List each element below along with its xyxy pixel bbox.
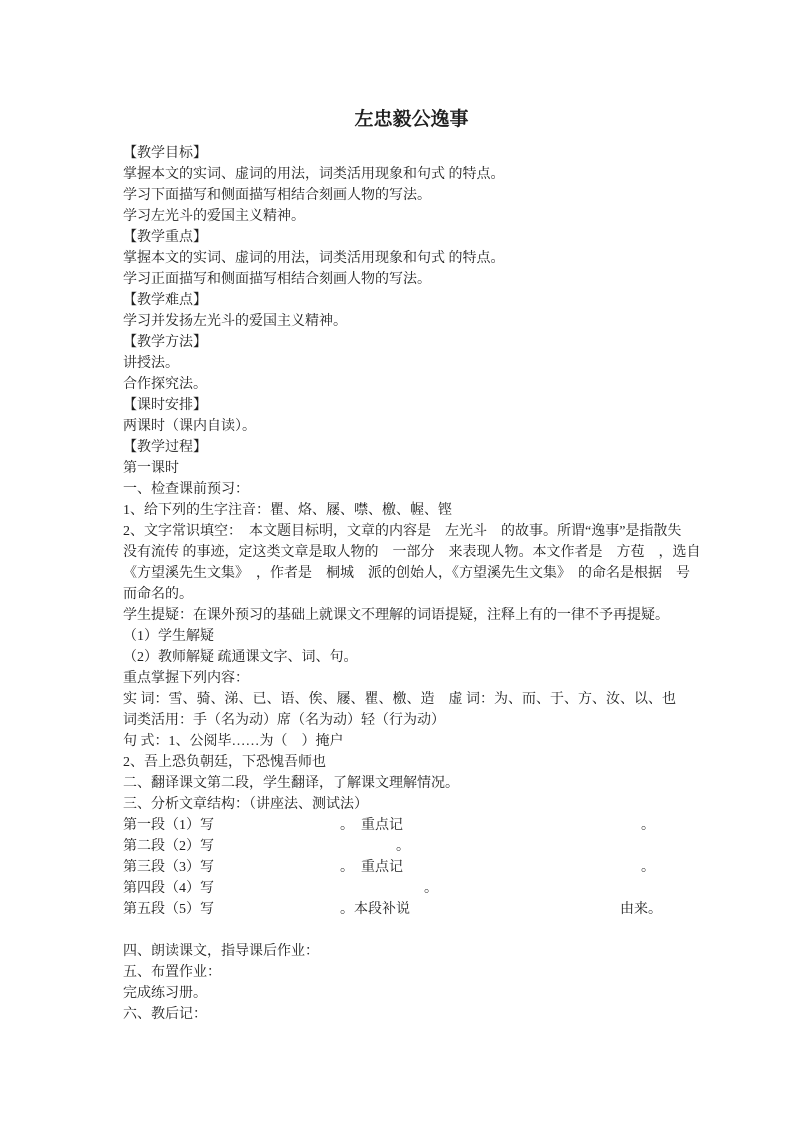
text-line: 两课时（课内自读）。 bbox=[123, 416, 700, 437]
text-line: 句 式：1、公阅毕……为（ ）掩户 bbox=[123, 731, 700, 752]
text-line: 学生提疑：在课外预习的基础上就课文不理解的词语提疑，注释上有的一律不予再提疑。 bbox=[123, 605, 700, 626]
section-heading: 【教学目标】 bbox=[123, 143, 700, 164]
fill-in-blank-line: 第三段（3）写 。 重点记 。 bbox=[123, 857, 700, 878]
document-body: 【教学目标】掌握本文的实词、虚词的用法，词类活用现象和句式 的特点。学习下面描写… bbox=[123, 143, 700, 1025]
text-line: 讲授法。 bbox=[123, 353, 700, 374]
fill-in-blank-line: 第四段（4）写 。 bbox=[123, 878, 700, 899]
text-line: 没有流传 的事迹，定这类文章是取人物的 一部分 来表现人物。本文作者是 方苞 ，… bbox=[123, 542, 700, 563]
text-line: 一、检查课前预习： bbox=[123, 479, 700, 500]
section-heading: 【教学过程】 bbox=[123, 437, 700, 458]
document-title: 左忠毅公逸事 bbox=[123, 103, 700, 137]
text-line: 学习并发扬左光斗的爱国主义精神。 bbox=[123, 311, 700, 332]
text-line: （2）教师解疑 疏通课文字、词、句。 bbox=[123, 647, 700, 668]
section-heading: 【课时安排】 bbox=[123, 395, 700, 416]
text-line: 实 词：雪、骑、涕、已、语、俟、屦、瞿、檄、造 虚 词：为、而、于、方、汝、以、… bbox=[123, 689, 700, 710]
section-heading: 【教学方法】 bbox=[123, 332, 700, 353]
section-heading: 【教学难点】 bbox=[123, 290, 700, 311]
text-line: 四、朗读课文，指导课后作业： bbox=[123, 941, 700, 962]
text-line: 五、布置作业： bbox=[123, 962, 700, 983]
document-page: 左忠毅公逸事 【教学目标】掌握本文的实词、虚词的用法，词类活用现象和句式 的特点… bbox=[0, 0, 800, 1132]
text-line: 重点掌握下列内容： bbox=[123, 668, 700, 689]
text-line: 而命名的。 bbox=[123, 584, 700, 605]
text-line: 学习下面描写和侧面描写相结合刻画人物的写法。 bbox=[123, 185, 700, 206]
text-line: 2、吾上恐负朝廷，下恐愧吾师也 bbox=[123, 752, 700, 773]
text-line: 三、分析文章结构：（讲座法、测试法） bbox=[123, 794, 700, 815]
fill-in-blank-line: 第五段（5）写 。本段补说 由来。 bbox=[123, 899, 700, 920]
fill-in-blank-line: 第二段（2）写 。 bbox=[123, 836, 700, 857]
text-line: 掌握本文的实词、虚词的用法，词类活用现象和句式 的特点。 bbox=[123, 164, 700, 185]
text-line: 完成练习册。 bbox=[123, 983, 700, 1004]
text-line: 词类活用：手（名为动）席（名为动）轻（行为动） bbox=[123, 710, 700, 731]
text-line: （1）学生解疑 bbox=[123, 626, 700, 647]
text-line: 二、翻译课文第二段，学生翻译，了解课文理解情况。 bbox=[123, 773, 700, 794]
blank-line bbox=[123, 920, 700, 941]
text-line: 掌握本文的实词、虚词的用法，词类活用现象和句式 的特点。 bbox=[123, 248, 700, 269]
text-line: 第一课时 bbox=[123, 458, 700, 479]
text-line: 学习正面描写和侧面描写相结合刻画人物的写法。 bbox=[123, 269, 700, 290]
text-line: 学习左光斗的爱国主义精神。 bbox=[123, 206, 700, 227]
text-line: 六、教后记： bbox=[123, 1004, 700, 1025]
text-line: 2、文字常识填空： 本文题目标明，文章的内容是 左光斗 的故事。所谓“逸事”是指… bbox=[123, 521, 700, 542]
section-heading: 【教学重点】 bbox=[123, 227, 700, 248]
text-line: 《方望溪先生文集》 ，作者是 桐城 派的创始人，《方望溪先生文集》 的命名是根据… bbox=[123, 563, 700, 584]
text-line: 1、给下列的生字注音：瞿、烙、屦、噤、檄、幄、铿 bbox=[123, 500, 700, 521]
text-line: 合作探究法。 bbox=[123, 374, 700, 395]
fill-in-blank-line: 第一段（1）写 。 重点记 。 bbox=[123, 815, 700, 836]
